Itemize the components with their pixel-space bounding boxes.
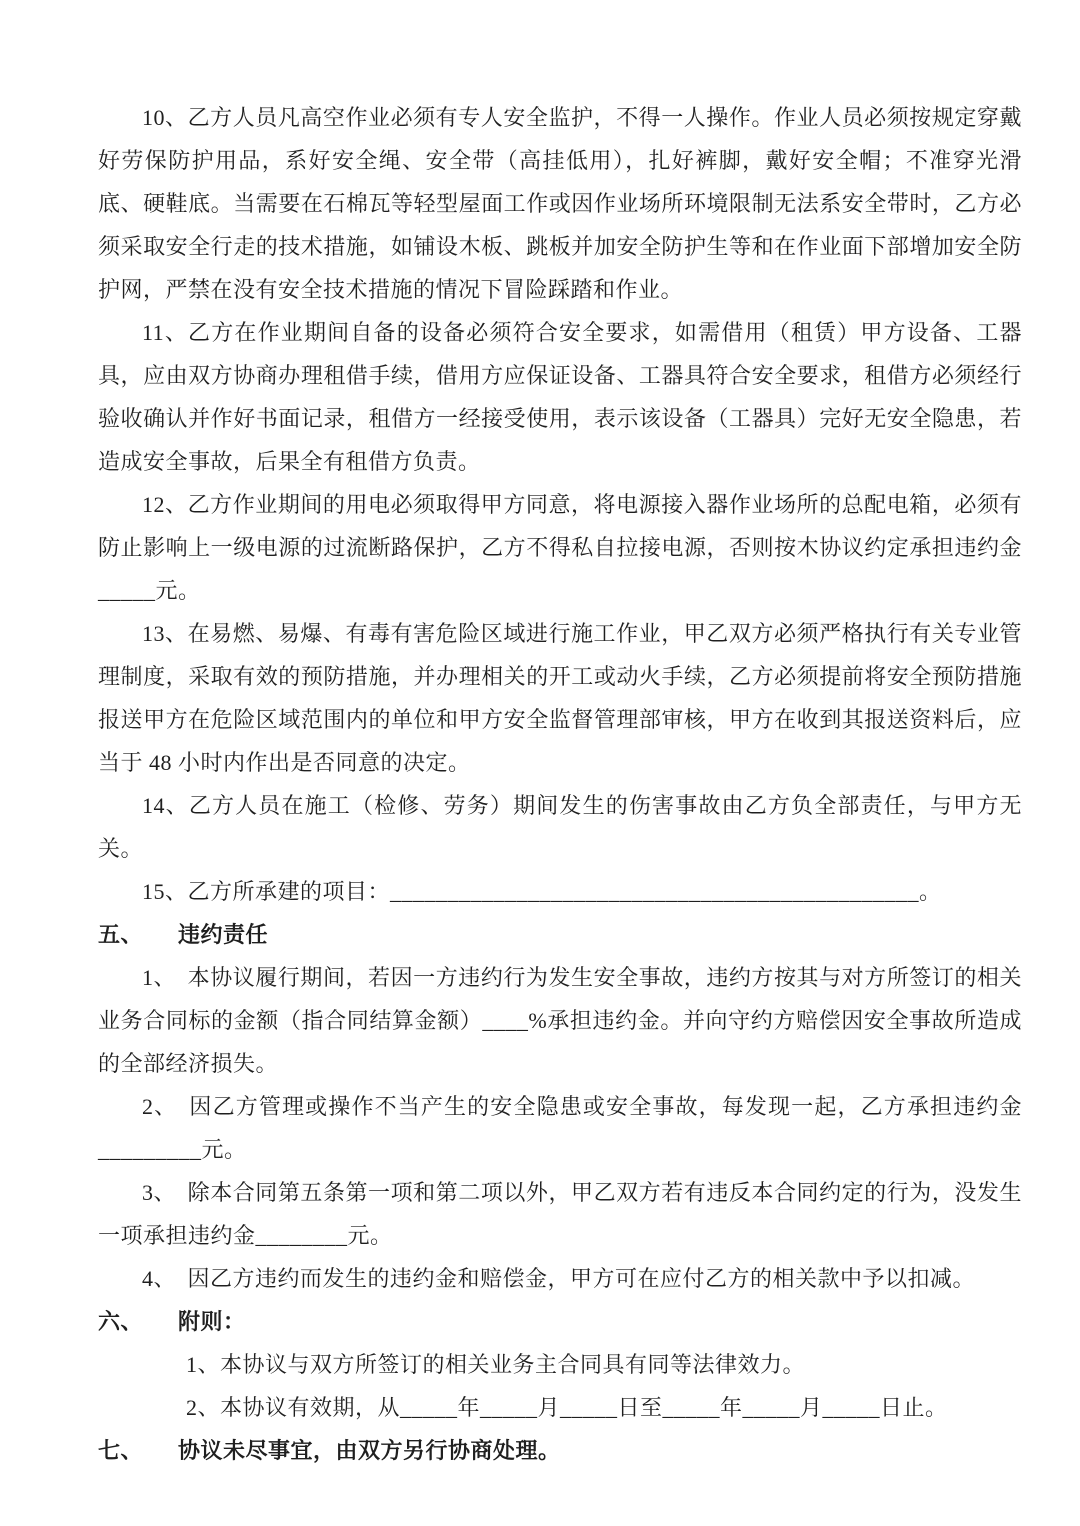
- clause-10: 10、乙方人员凡高空作业必须有专人安全监护，不得一人操作。作业人员必须按规定穿戴…: [98, 96, 1022, 311]
- clause-12: 12、乙方作业期间的用电必须取得甲方同意，将电源接入器作业场所的总配电箱，必须有…: [98, 483, 1022, 612]
- section-7-title: 协议未尽事宜，由双方另行协商处理。: [178, 1438, 561, 1463]
- section-5-item-1: 1、 本协议履行期间，若因一方违约行为发生安全事故，违约方按其与对方所签订的相关…: [98, 956, 1022, 1085]
- contract-document-page: 10、乙方人员凡高空作业必须有专人安全监护，不得一人操作。作业人员必须按规定穿戴…: [0, 0, 1080, 1526]
- section-6-title: 附则：: [178, 1309, 246, 1334]
- clause-13: 13、在易燃、易爆、有毒有害危险区域进行施工作业，甲乙双方必须严格执行有关专业管…: [98, 612, 1022, 784]
- section-6-heading: 六、附则：: [98, 1300, 1022, 1343]
- clause-15-project-blank: 15、乙方所承建的项目：____________________________…: [98, 870, 1022, 913]
- section-5-heading: 五、违约责任: [98, 913, 1022, 956]
- section-7-heading: 七、协议未尽事宜，由双方另行协商处理。: [98, 1429, 1022, 1472]
- section-5-item-3: 3、 除本合同第五条第一项和第二项以外，甲乙双方若有违反本合同约定的行为，没发生…: [98, 1171, 1022, 1257]
- section-6-item-2-validity-dates: 2、本协议有效期，从_____年_____月_____日至_____年_____…: [98, 1386, 1022, 1429]
- section-7-number: 七、: [98, 1429, 178, 1472]
- clause-14: 14、乙方人员在施工（检修、劳务）期间发生的伤害事故由乙方负全部责任，与甲方无关…: [98, 784, 1022, 870]
- section-6-item-1: 1、本协议与双方所签订的相关业务主合同具有同等法律效力。: [98, 1343, 1022, 1386]
- section-5-item-4: 4、 因乙方违约而发生的违约金和赔偿金，甲方可在应付乙方的相关款中予以扣减。: [98, 1257, 1022, 1300]
- clause-11: 11、乙方在作业期间自备的设备必须符合安全要求，如需借用（租赁）甲方设备、工器具…: [98, 311, 1022, 483]
- section-5-title: 违约责任: [178, 922, 268, 947]
- section-5-item-2: 2、 因乙方管理或操作不当产生的安全隐患或安全事故，每发现一起，乙方承担违约金_…: [98, 1085, 1022, 1171]
- section-6-number: 六、: [98, 1300, 178, 1343]
- section-5-number: 五、: [98, 913, 178, 956]
